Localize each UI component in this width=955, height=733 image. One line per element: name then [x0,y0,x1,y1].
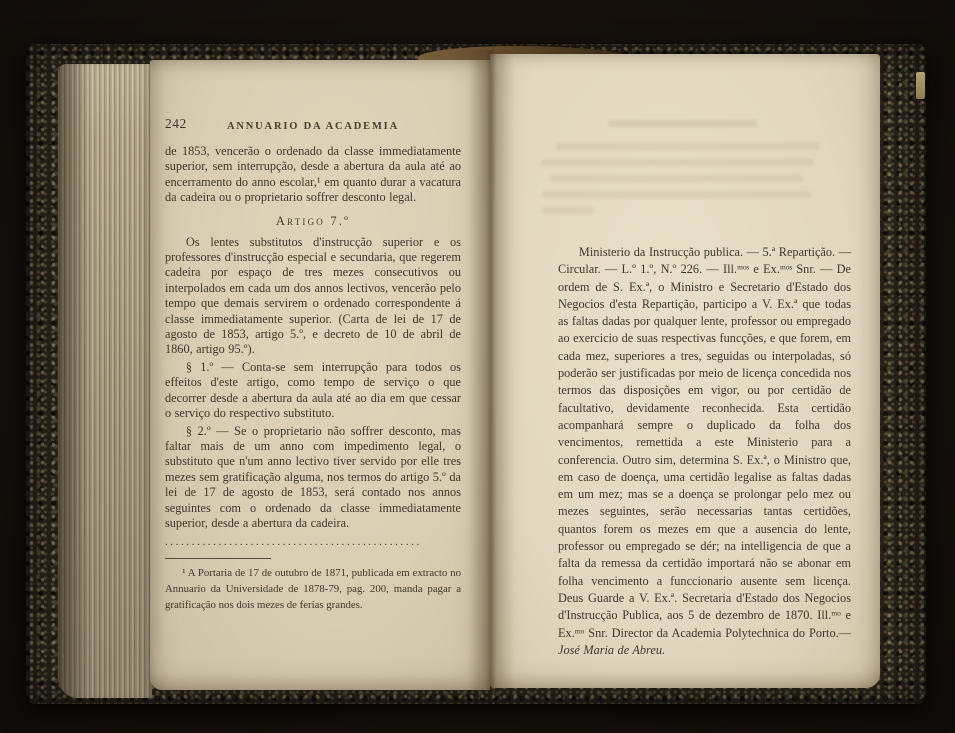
circular-text: Ministerio da Instrucção publica. — 5.ª … [558,245,851,640]
show-through-line [556,143,820,150]
page-stack-fore-edge [58,64,152,698]
signature: José Maria de Abreu. [558,643,665,657]
left-text-column: 242 ANNUARIO DA ACADEMIA de 1853, vencer… [165,116,461,614]
show-through-line [542,159,814,166]
show-through-line [542,207,594,214]
page-number: 242 [165,116,187,132]
show-through-line [608,120,758,127]
right-page: Ministerio da Instrucção publica. — 5.ª … [490,54,880,688]
footnote: ¹ A Portaria de 17 de outubro de 1871, p… [165,566,461,613]
section-2-paragraph: § 2.º — Se o proprietario não soffrer de… [165,424,461,532]
right-text-column: Ministerio da Instrucção publica. — 5.ª … [558,244,851,659]
article-heading: Artigo 7.º [165,214,461,229]
page-header: 242 ANNUARIO DA ACADEMIA [165,116,461,133]
article-body: Os lentes substitutos d'instrucção super… [165,235,461,358]
running-title: ANNUARIO DA ACADEMIA [227,121,399,132]
paragraph-continuation: de 1853, vencerão o ordenado da classe i… [165,144,461,206]
cover-edge-detail [916,72,925,99]
ellipsis-line: ........................................… [165,536,461,548]
section-1-paragraph: § 1.º — Conta-se sem interrupção para to… [165,360,461,422]
circular-paragraph: Ministerio da Instrucção publica. — 5.ª … [558,244,851,659]
show-through-line [550,175,802,182]
show-through-text [542,120,824,223]
book-photograph: 242 ANNUARIO DA ACADEMIA de 1853, vencer… [0,0,955,733]
show-through-line [542,191,810,198]
footnote-rule [165,558,271,559]
left-page: 242 ANNUARIO DA ACADEMIA de 1853, vencer… [150,60,490,690]
